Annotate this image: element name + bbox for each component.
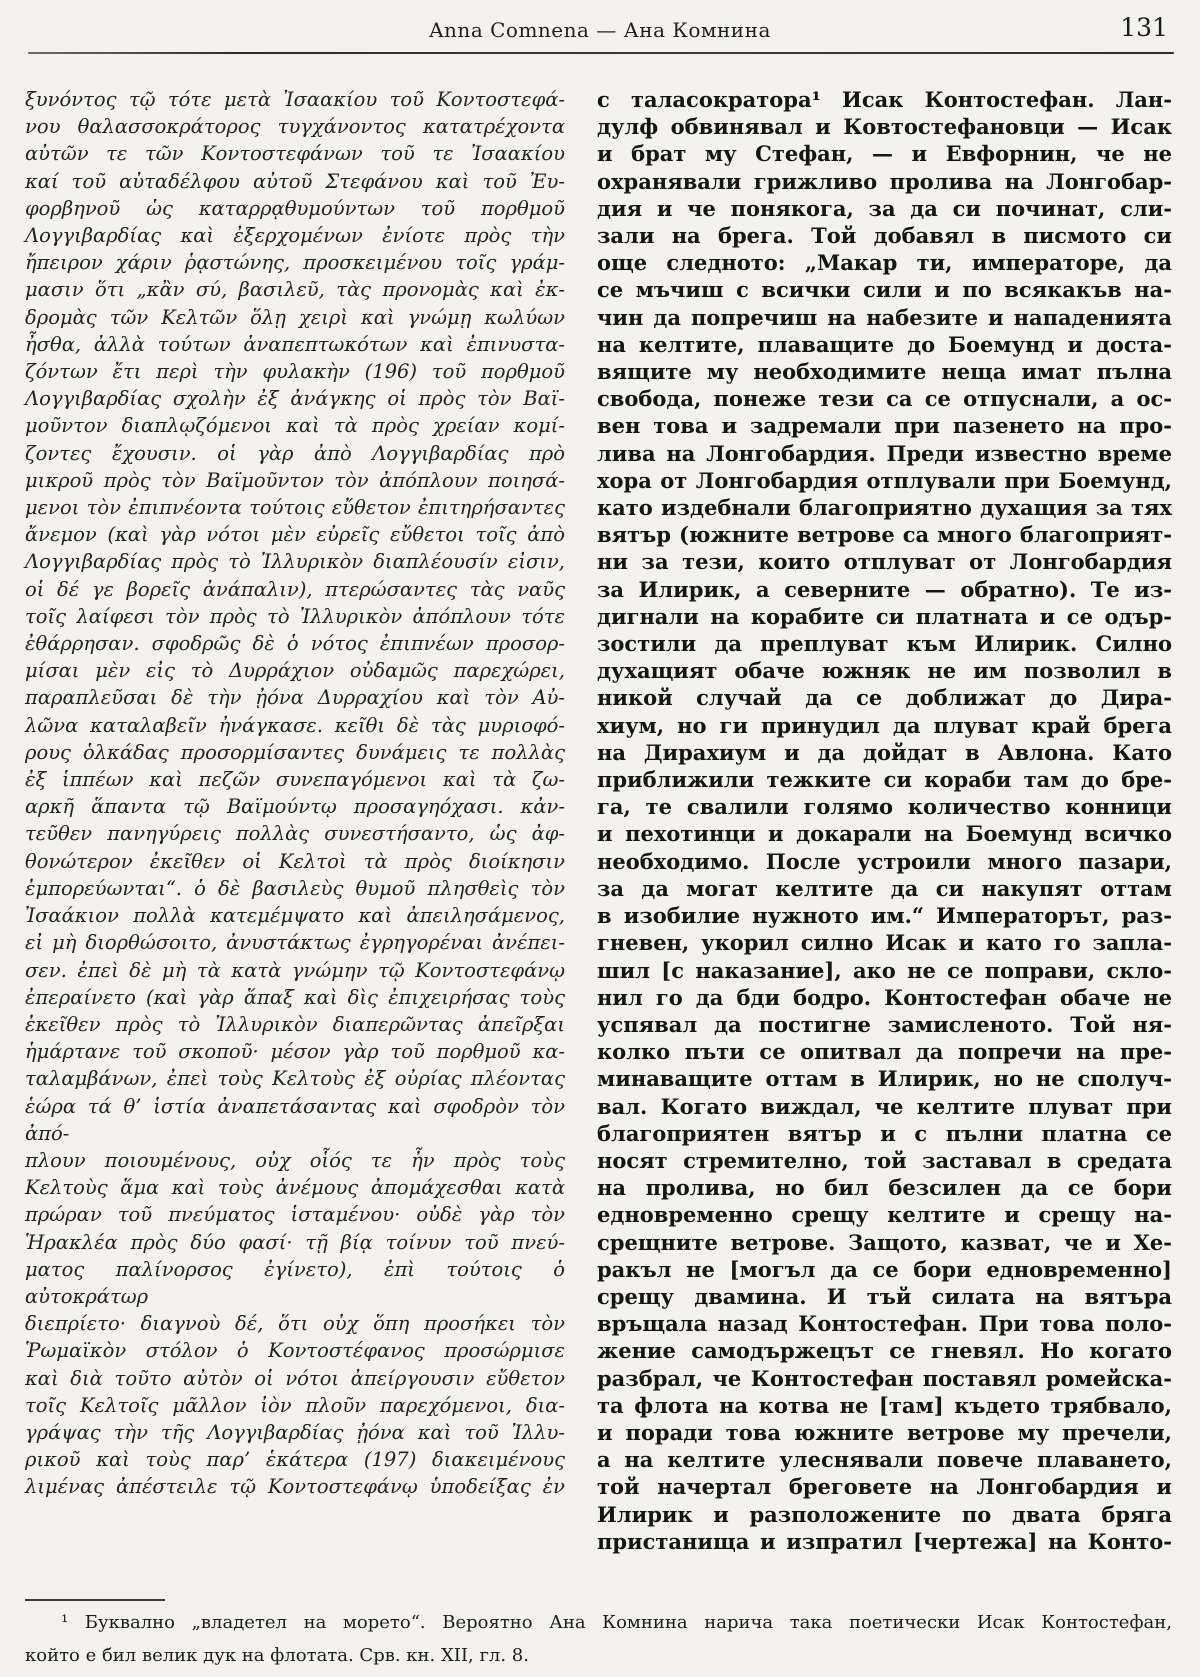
- text-line: хиум, но ги принудил да плуват край брег…: [597, 712, 1172, 739]
- text-line: като издебнали благоприятно духащия за т…: [597, 494, 1172, 521]
- text-line: ταλαμβάνων, ἐπεὶ τοὺς Κελτοὺς ἐξ οὐρίας …: [25, 1065, 565, 1092]
- text-line: διεπρίετο· διαγνοὺ δέ, ὅτι οὐχ ὅπη προσή…: [25, 1310, 565, 1337]
- text-line: пристанища и изпратил [чертежа] на Конто…: [597, 1528, 1172, 1555]
- text-line: вящите му необходимите неща имат пълна: [597, 358, 1172, 385]
- text-line: Λογγιβαρδίας καὶ ἐξερχομένων ἐνίοτε πρὸς…: [25, 222, 565, 249]
- text-line: благоприятен вятър и с пълни платна се: [597, 1120, 1172, 1147]
- text-line: τοῖς λαίφεσι τὸν πρὸς τὸ Ἰλλυρικὸν ἀπόπλ…: [25, 603, 565, 630]
- text-line: αὐτῶν τε τῶν Κοντοστεφάνων τοῦ τε Ἰσαακί…: [25, 140, 565, 167]
- scanned-book-page: Anna Comnena — Ана Комнина 131 ξυνόντος …: [0, 0, 1200, 1677]
- text-line: ματος παλίνορσος ἐγίνετο), ἐπὶ τούτοις ὁ…: [25, 1256, 565, 1310]
- text-line: ἐθάρρησαν. σφοδρῶς δὲ ὁ νότος ἐπιπνέων π…: [25, 630, 565, 657]
- text-line: αρκῆ ἅπαντα τῷ Βαϊμούντῳ προσαγηόχασι. κ…: [25, 793, 565, 820]
- text-line: ρους ὁλκάδας προσορμίσαντες δυνάμεις τε …: [25, 739, 565, 766]
- text-line: на келтите, плаващите до Боемунд и доста…: [597, 331, 1172, 358]
- text-line: πρώραν τοῦ πνεύματος ἱσταμένου· οὐδὲ γὰρ…: [25, 1201, 565, 1228]
- text-line: ἑώρα τά θ’ ἱστία ἀναπετάσαντας καὶ σφοδρ…: [25, 1093, 565, 1147]
- text-line: οἱ δέ γε βορεῖς ἀνάπαλιν), πτερώσαντες τ…: [25, 576, 565, 603]
- header-rule: [28, 52, 1174, 54]
- text-line: τοῖς Κελτοῖς μᾶλλον ἰὸν πλοῦν παρεχόμενο…: [25, 1392, 565, 1419]
- text-line: се мъчиш с всички сили и по всякакъв на-: [597, 276, 1172, 303]
- text-line: успявал да постигне замисленото. Той ня-: [597, 1011, 1172, 1038]
- text-line: ξυνόντος τῷ τότε μετὰ Ἰσαακίου τοῦ Κοντο…: [25, 86, 565, 113]
- text-line: ρικοῦ καὶ τοὺς παρ’ ἑκάτερα (197) διακει…: [25, 1446, 565, 1473]
- text-line: необходимо. После устроили много пазари,: [597, 848, 1172, 875]
- text-line: и пехотинци и докарали на Боемунд всичко: [597, 820, 1172, 847]
- text-line: Κελτοὺς ἅμα καὶ τοὺς ἀνέμους ἀπομάχεσθαι…: [25, 1174, 565, 1201]
- text-line: шил [с наказание], ако не се поправи, ск…: [597, 957, 1172, 984]
- text-line: зали на брега. Той добавял в писмото си: [597, 222, 1172, 249]
- text-line: Ἡρακλέα πρὸς δύο φασί· τῇ βίᾳ τοίνυν τοῦ…: [25, 1229, 565, 1256]
- text-line: εἰ μὴ διορθώσοιτο, ἀνυστάκτως ἐγρηγορένα…: [25, 929, 565, 956]
- text-line: ракъл не [могъл да се бори едновременно]: [597, 1256, 1172, 1283]
- text-line: духащият обаче южняк не им позволил в: [597, 657, 1172, 684]
- footnote: ¹ Буквално „владетел на морето“. Вероятн…: [25, 1606, 1172, 1672]
- text-line: вятър (южните ветрове са много благоприя…: [597, 521, 1172, 548]
- text-line: свобода, понеже тези са се отпуснали, а …: [597, 385, 1172, 412]
- text-line: ἐξ ἱππέων καὶ πεζῶν συνεπαγόμενοι καὶ τὰ…: [25, 766, 565, 793]
- text-line: καί τοῦ αὐταδέλφου αὐτοῦ Στεφάνου καὶ το…: [25, 168, 565, 195]
- text-line: дигнали на корабите си платната и се одъ…: [597, 603, 1172, 630]
- text-line: и поради това южните ветрове му пречели,: [597, 1419, 1172, 1446]
- text-line: Λογγιβαρδίας σχολὴν ἐξ ἀνάγκης οἱ πρὸς τ…: [25, 385, 565, 412]
- text-line: приближили тежките си кораби там до бре-: [597, 766, 1172, 793]
- text-line: πλουν ποιουμένους, οὐχ οἷός τε ἦν πρὸς τ…: [25, 1147, 565, 1174]
- text-line: а на келтите улеснявали повече плаването…: [597, 1446, 1172, 1473]
- text-line: μίσαι μὲν εἰς τὸ Δυρράχιον οὐδαμῶς παρεχ…: [25, 657, 565, 684]
- text-line: още следното: „Макар ти, императоре, да: [597, 249, 1172, 276]
- bulgarian-translation-column: с таласократора¹ Исак Контостефан. Лан-д…: [597, 86, 1172, 1555]
- text-line: Ἰσαάκιον πολλὰ κατεμέμψατο καὶ ἀπειλησάμ…: [25, 902, 565, 929]
- text-line: θονώτερον ἐκεῖθεν οἱ Κελτοὶ τὰ πρὸς διοί…: [25, 848, 565, 875]
- text-line: минаващите оттам в Илирик, но не сполуч-: [597, 1065, 1172, 1092]
- text-line: га, те свалили голямо количество конници: [597, 793, 1172, 820]
- text-line: Ῥωμαϊκὸν στόλον ὁ Κοντοστέφανος προσώρμι…: [25, 1337, 565, 1364]
- text-line: μασιν ὅτι „κἂν σύ, βασιλεῦ, τὰς προνομὰς…: [25, 276, 565, 303]
- text-line: παραπλεῦσαι δὲ τὴν ᾐόνα Δυρραχίου καὶ τὸ…: [25, 684, 565, 711]
- text-line: λιμένας ἀπέστειλε τῷ Κοντοστεφάνῳ ὑποδεί…: [25, 1473, 565, 1500]
- text-line: той начертал бреговете на Лонгобардия и: [597, 1473, 1172, 1500]
- text-line: колко пъти се опитвал да попречи на пре-: [597, 1038, 1172, 1065]
- text-line: Илирик и разположените по двата бряга: [597, 1501, 1172, 1528]
- text-line: ἄνεμον (καὶ γὰρ νότοι μὲν εὐρεῖς εὔθετοι…: [25, 521, 565, 548]
- text-line: φορβηνοῦ ὡς καταρρᾳθυμούντων τοῦ πορθμοῦ: [25, 195, 565, 222]
- text-line: лива на Лонгобардия. Преди известно врем…: [597, 440, 1172, 467]
- text-line: чин да попречиш на набезите и нападеният…: [597, 304, 1172, 331]
- text-line: ἦσθα, ἀλλὰ τούτων ἀναπεπτωκότων καὶ ἐπιν…: [25, 331, 565, 358]
- text-line: μοῦντον διαπλῳζόμενοι καὶ τὰ πρὸς χρείαν…: [25, 412, 565, 439]
- text-line: ἐμπορεύωνται“. ὁ δὲ βασιλεὺς θυμοῦ πλησθ…: [25, 875, 565, 902]
- page-number: 131: [1120, 13, 1168, 42]
- text-line: и брат му Стефан, — и Евфорнин, че не: [597, 140, 1172, 167]
- greek-text-column: ξυνόντος τῷ τότε μετὰ Ἰσαακίου τοῦ Κοντο…: [25, 86, 565, 1555]
- text-line: едновременно срещу келтите и срещу на-: [597, 1201, 1172, 1228]
- text-line: дулф обвинявал и Ковтостефановци — Исак: [597, 113, 1172, 140]
- text-line: та флота на котва не [там] където трябва…: [597, 1392, 1172, 1419]
- text-line: νου θαλασσοκράτορος τυγχάνοντος κατατρέχ…: [25, 113, 565, 140]
- text-line: зостили да преплуват към Илирик. Силно: [597, 630, 1172, 657]
- text-line: на пролива, но бил безсилен да се бори: [597, 1174, 1172, 1201]
- text-line: връщала назад Контостефан. При това поло…: [597, 1310, 1172, 1337]
- text-line: хора от Лонгобардия отплували при Боемун…: [597, 467, 1172, 494]
- text-line: никой случай да се доближат до Дира-: [597, 684, 1172, 711]
- text-line: ζόντων ἔτι περὶ τὴν φυλακὴν (196) τοῦ πο…: [25, 358, 565, 385]
- text-line: ἐπεραίνετο (καὶ γὰρ ἅπαξ καὶ δὶς ἐπιχειρ…: [25, 984, 565, 1011]
- text-line: гневен, укорил силно Исак и като го запл…: [597, 929, 1172, 956]
- text-line: в изобилие нужното им.“ Императорът, раз…: [597, 902, 1172, 929]
- text-line: нил го да бди бодро. Контостефан обаче н…: [597, 984, 1172, 1011]
- text-line: ἤπειρον χάριν ῥᾳστώνης, προσκειμένου τοῖ…: [25, 249, 565, 276]
- text-line: вал. Когато виждал, че келтите плуват пр…: [597, 1093, 1172, 1120]
- text-line: разбрал, че Контостефан поставял ромейск…: [597, 1365, 1172, 1392]
- text-line: τεῦθεν πανηγύρεις πολλὰς συνεστήσαντο, ὡ…: [25, 820, 565, 847]
- text-line: жение самодържецът се гневял. Но когато: [597, 1337, 1172, 1364]
- text-line: срещу двамина. И тъй силата на вятъра: [597, 1283, 1172, 1310]
- text-line: γράψας τὴν τῆς Λογγιβαρδίας ᾐόνα καὶ τοῦ…: [25, 1419, 565, 1446]
- text-line: ¹ Буквално „владетел на морето“. Вероятн…: [25, 1606, 1172, 1639]
- text-columns: ξυνόντος τῷ τότε μετὰ Ἰσαακίου τοῦ Κοντο…: [25, 86, 1172, 1555]
- text-line: за да могат келтите да си накупят оттам: [597, 875, 1172, 902]
- text-line: носят стремително, той заставал в средат…: [597, 1147, 1172, 1174]
- text-line: καὶ διὰ τοῦτο αὐτὸν οἱ νότοι ἀπείργουσιν…: [25, 1365, 565, 1392]
- text-line: с таласократора¹ Исак Контостефан. Лан-: [597, 86, 1172, 113]
- text-line: μενοι τὸν ἐπιπνέοντα τούτοις εὔθετον ἐπι…: [25, 494, 565, 521]
- text-line: на Дирахиум и да дойдат в Авлона. Като: [597, 739, 1172, 766]
- text-line: Λογγιβαρδίας πρὸς τὸ Ἰλλυρικὸν διαπλέουσ…: [25, 548, 565, 575]
- text-line: охранявали грижливо пролива на Лонгобар-: [597, 168, 1172, 195]
- text-line: σεν. ἐπεὶ δὲ μὴ τὰ κατὰ γνώμην τῷ Κοντοσ…: [25, 957, 565, 984]
- running-title: Anna Comnena — Ана Комнина: [0, 18, 1200, 42]
- text-line: за Илирик, а северните — обратно). Те из…: [597, 576, 1172, 603]
- text-line: който е бил велик дук на флотата. Срв. к…: [25, 1639, 1172, 1672]
- text-line: вен това и задремали при пазенето на про…: [597, 412, 1172, 439]
- text-line: дия и че понякога, за да си починат, сли…: [597, 195, 1172, 222]
- text-line: ни за тези, които отплуват от Лонгобарди…: [597, 548, 1172, 575]
- text-line: δρομὰς τῶν Κελτῶν ὅλῃ χειρὶ καὶ γνώμῃ κω…: [25, 304, 565, 331]
- text-line: ζοντες ἔχουσιν. οἱ γὰρ ἀπὸ Λογγιβαρδίας …: [25, 440, 565, 467]
- text-line: λῶνα καταλαβεῖν ἠνάγκασε. κεῖθι δὲ τὰς μ…: [25, 712, 565, 739]
- text-line: ἐκεῖθεν πρὸς τὸ Ἰλλυρικὸν διαπερῶντας ἀπ…: [25, 1011, 565, 1038]
- text-line: ἡμάρτανε τοῦ σκοποῦ· μέσον γὰρ τοῦ πορθμ…: [25, 1038, 565, 1065]
- text-line: срещните ветрове. Защото, казват, че и Х…: [597, 1229, 1172, 1256]
- footnote-rule: [25, 1599, 165, 1601]
- text-line: μικροῦ πρὸς τὸν Βαϊμοῦντον τὸν ἀπόπλουν …: [25, 467, 565, 494]
